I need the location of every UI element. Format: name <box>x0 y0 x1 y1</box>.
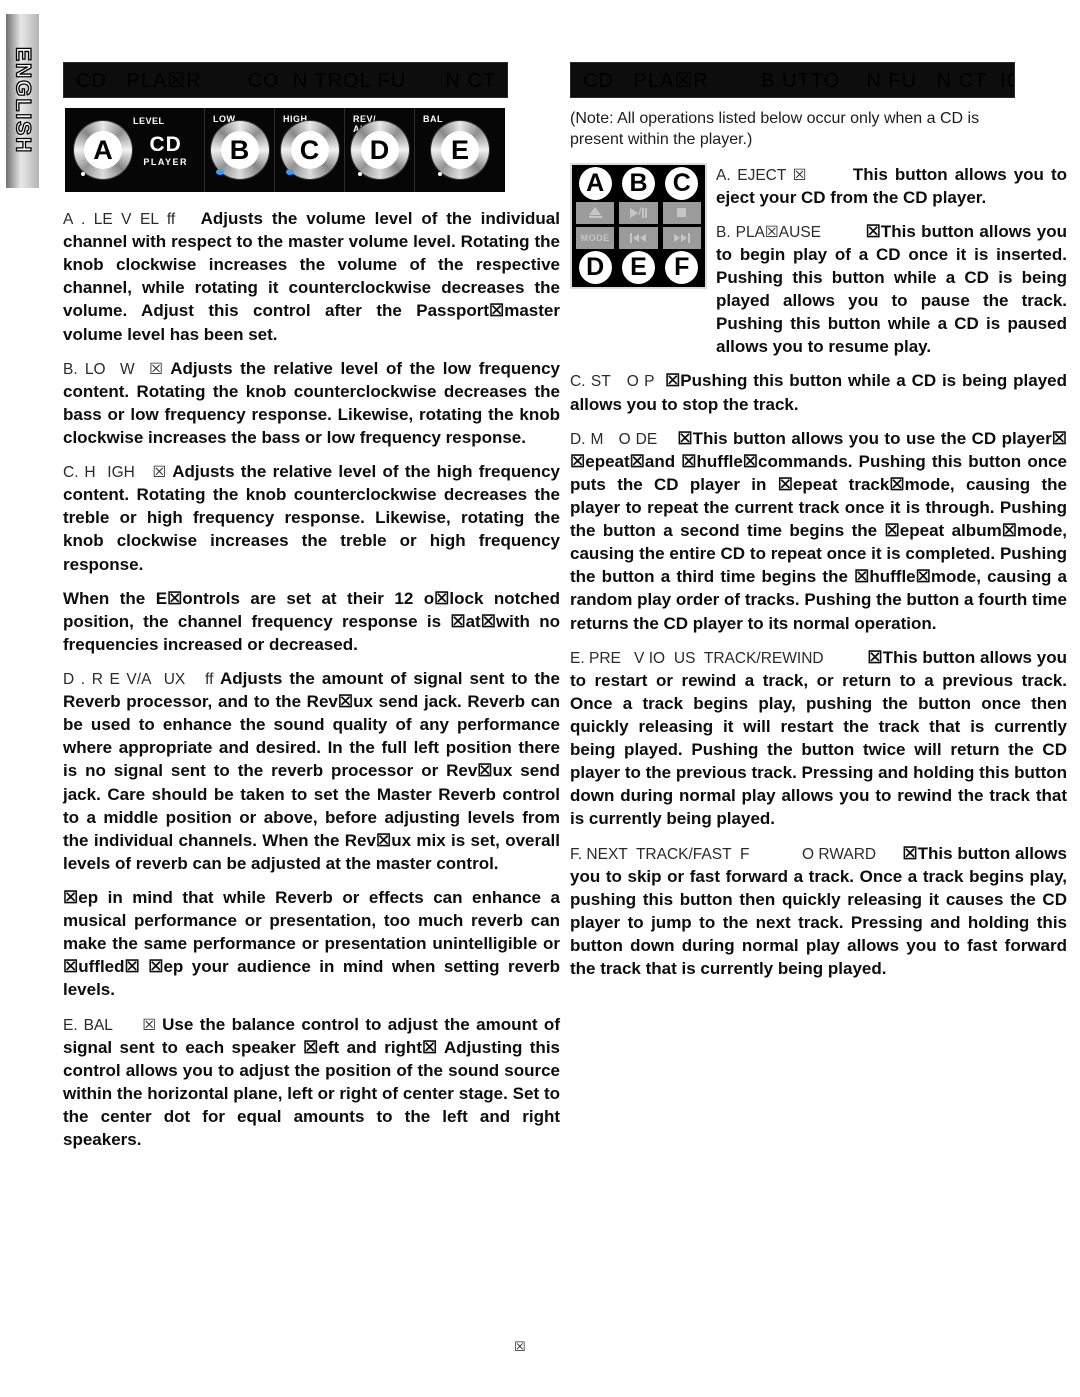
level-knob: A <box>74 121 132 179</box>
section-b-low-label: B. LO W ☒ <box>63 361 170 378</box>
next-track-button <box>663 227 701 249</box>
knob-section-bal: BAL E <box>414 108 505 192</box>
next-track-icon <box>674 234 680 242</box>
section-e-bal-text: Use the balance control to adjust the am… <box>63 1015 560 1150</box>
knob-section-low: LOW B <box>204 108 274 192</box>
section-b-play-pause-label: B. PLA☒AUSE <box>716 224 866 241</box>
rev-aux-knob: D <box>351 121 409 179</box>
section-f-next-track: F. NEXT TRACK/FAST F O RWARD ☒This butto… <box>570 842 1067 981</box>
bal-knob: E <box>431 121 489 179</box>
stop-button <box>663 202 701 224</box>
knob-indicator-dot <box>81 172 85 176</box>
cd-player-button-functions-header: CD PLA☒R B UTTO N FU N CT IO NS <box>570 62 1015 98</box>
previous-track-button <box>619 227 657 249</box>
section-a-level: A . LE V EL ff Adjusts the volume level … <box>63 207 560 346</box>
play-pause-button: / <box>619 202 657 224</box>
knob-section-high: HIGH C <box>274 108 344 192</box>
reverb-advice-note-text: ☒ep in mind that while Reverb or effects… <box>63 888 560 999</box>
button-pad-block: A B C / <box>570 163 1067 370</box>
player-title: PLAYER <box>143 157 188 167</box>
cd-title: CD <box>143 134 188 155</box>
pause-icon <box>642 208 644 218</box>
section-b-play-pause: B. PLA☒AUSE ☒This button allows you to b… <box>716 220 1067 359</box>
knob-indicator-dot <box>286 169 294 175</box>
section-e-previous-track-label: E. PRE V IO US TRACK/REWIND <box>570 650 867 667</box>
section-c-high: C. H IGH ☒ Adjusts the relative level of… <box>63 460 560 576</box>
eq-flat-note-text: When the E☒ontrols are set at their 12 o… <box>63 589 560 654</box>
mode-button: MODE <box>576 227 614 249</box>
section-e-previous-track: E. PRE V IO US TRACK/REWIND ☒This button… <box>570 646 1067 831</box>
cd-player-panel-title: CD PLAYER <box>143 134 188 167</box>
section-f-next-track-text: ☒This button allows you to skip or fast … <box>570 844 1067 979</box>
section-b-low: B. LO W ☒ Adjusts the relative level of … <box>63 357 560 449</box>
pad-letter-a: A <box>579 167 612 200</box>
button-pad-column: A B C / <box>570 163 707 370</box>
mode-button-label: MODE <box>581 233 610 243</box>
knob-letter-a: A <box>84 131 122 169</box>
language-tab-label: ENGLISH <box>11 47 35 154</box>
cd-note: (Note: All operations listed below occur… <box>570 109 1067 151</box>
section-a-level-label: A . LE V EL ff <box>63 211 201 228</box>
level-label: LEVEL <box>133 117 165 127</box>
knob-indicator-dot <box>438 172 442 176</box>
knob-letter-d: D <box>361 131 399 169</box>
section-d-mode: D. M O DE ☒This button allows you to use… <box>570 427 1067 635</box>
section-c-stop: C. ST O P ☒Pushing this button while a C… <box>570 369 1067 415</box>
section-d-rev-aux: D . R E V/A UX ff Adjusts the amount of … <box>63 667 560 875</box>
eject-icon <box>589 207 601 215</box>
section-d-rev-aux-text: Adjusts the amount of signal sent to the… <box>63 669 560 873</box>
pad-letter-e: E <box>622 251 655 284</box>
section-a-level-text: Adjusts the volume level of the individu… <box>63 209 560 344</box>
section-f-next-track-label: F. NEXT TRACK/FAST F O RWARD <box>570 846 902 863</box>
cd-player-knob-panel-image: LEVEL A CD PLAYER LOW B HIGH <box>65 108 505 192</box>
manual-page: ENGLISH CD PLA☒R CO N TROL FU N CT IO NS… <box>0 0 1080 1397</box>
section-b-play-pause-text: ☒This button allows you to begin play of… <box>716 222 1067 357</box>
pad-letter-f: F <box>665 251 698 284</box>
knob-letter-e: E <box>441 131 479 169</box>
page-number: ☒ <box>514 1339 526 1355</box>
section-e-bal: E. BAL ☒ Use the balance control to adju… <box>63 1013 560 1152</box>
bal-label: BAL <box>423 115 443 125</box>
cd-player-control-functions-header: CD PLA☒R CO N TROL FU N CT IO NS <box>63 62 508 98</box>
high-knob: C <box>281 121 339 179</box>
section-d-rev-aux-label: D . R E V/A UX ff <box>63 671 220 688</box>
eq-flat-note: When the E☒ontrols are set at their 12 o… <box>63 587 560 656</box>
previous-track-icon <box>640 234 646 242</box>
section-e-previous-track-text: ☒This button allows you to restart or re… <box>570 648 1067 829</box>
language-tab: ENGLISH <box>6 14 39 188</box>
knob-indicator-dot <box>358 172 362 176</box>
low-knob: B <box>211 121 269 179</box>
section-d-mode-label: D. M O DE <box>570 431 677 448</box>
pause-icon <box>645 208 647 218</box>
previous-track-icon <box>633 234 639 242</box>
eject-icon-bar <box>589 216 602 218</box>
next-track-icon <box>681 234 687 242</box>
stop-icon <box>677 208 686 217</box>
pad-letter-d: D <box>579 251 612 284</box>
eject-play-pause-text: A. EJECT ☒ This button allows you to eje… <box>716 163 1067 370</box>
section-a-eject-label: A. EJECT ☒ <box>716 167 853 184</box>
section-c-high-label: C. H IGH ☒ <box>63 464 172 481</box>
reverb-advice-note: ☒ep in mind that while Reverb or effects… <box>63 886 560 1002</box>
left-column: CD PLA☒R CO N TROL FU N CT IO NS LEVEL A… <box>63 62 560 1162</box>
knob-section-level: LEVEL A CD PLAYER <box>65 108 204 192</box>
knob-letter-c: C <box>291 131 329 169</box>
knob-letter-b: B <box>221 131 259 169</box>
eject-button <box>576 202 614 224</box>
cd-player-button-pad-image: A B C / <box>570 163 707 289</box>
pad-letter-c: C <box>665 167 698 200</box>
pad-letter-b: B <box>622 167 655 200</box>
section-a-eject: A. EJECT ☒ This button allows you to eje… <box>716 163 1067 209</box>
right-column: CD PLA☒R B UTTO N FU N CT IO NS (Note: A… <box>570 62 1067 991</box>
slash-divider: / <box>639 208 642 218</box>
section-d-mode-text: ☒This button allows you to use the CD pl… <box>570 429 1067 633</box>
section-c-stop-label: C. ST O P <box>570 373 665 390</box>
knob-section-rev-aux: REV/ AUX D <box>344 108 414 192</box>
play-icon <box>630 208 638 218</box>
knob-indicator-dot <box>216 169 224 175</box>
previous-track-icon-bar <box>630 233 632 243</box>
next-track-icon-bar <box>688 233 690 243</box>
section-e-bal-label: E. BAL ☒ <box>63 1017 162 1034</box>
